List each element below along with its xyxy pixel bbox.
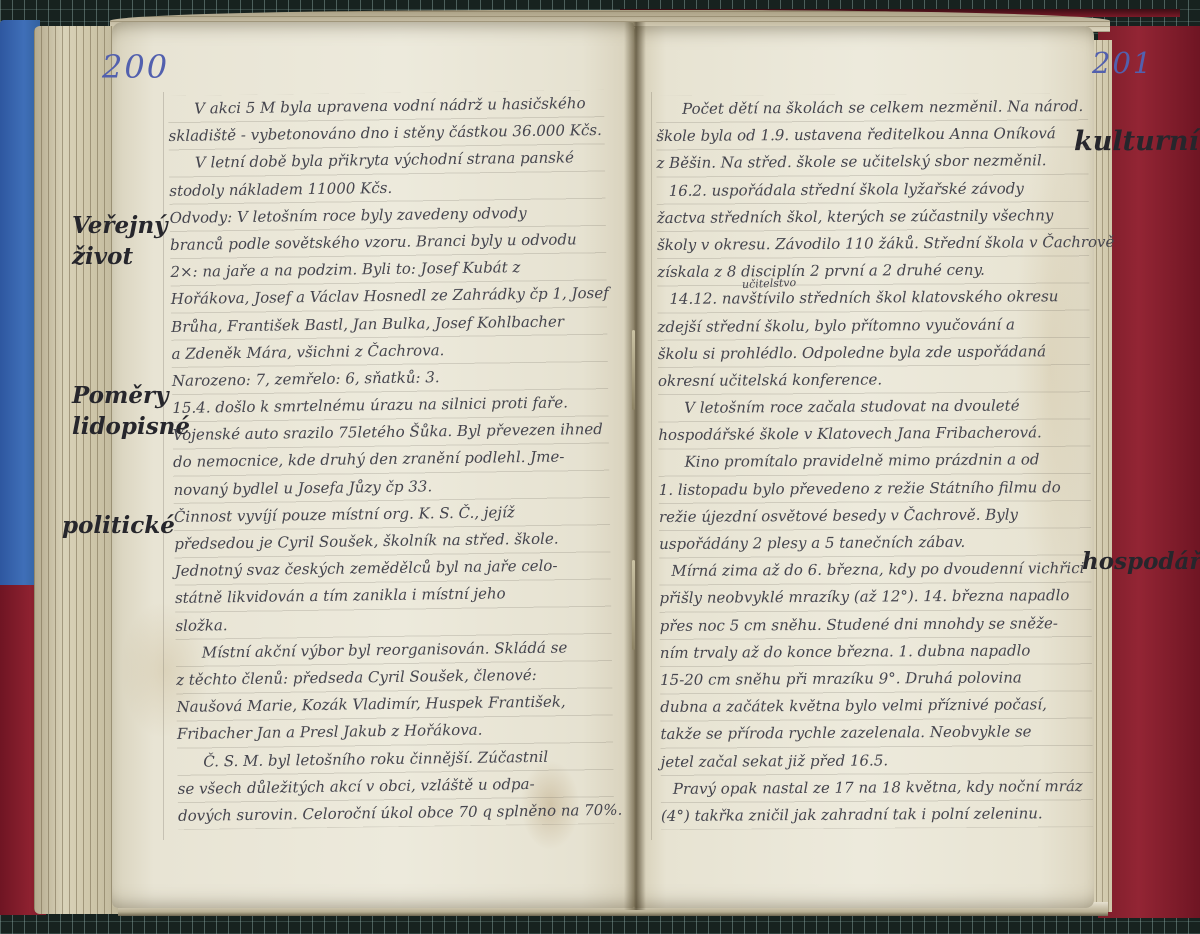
book-cover-red-right-edge — [1098, 26, 1200, 918]
margin-note-verejny-zivot: Veřejný život — [72, 210, 168, 272]
text-line: Počet dětí na školách se celkem nezměnil… — [656, 93, 1088, 123]
text-line: dubna a začátek května bylo velmi přízni… — [660, 691, 1092, 721]
text-line: ním trvaly až do konce března. 1. dubna … — [660, 637, 1092, 667]
text-line: režie újezdní osvětové besedy v Čachrově… — [659, 501, 1091, 531]
margin-note-kulturni: kulturní — [1074, 126, 1199, 157]
margin-note-line: Veřejný — [72, 210, 168, 241]
text-line: 15-20 cm sněhu při mrazíku 9°. Druhá pol… — [660, 664, 1092, 694]
text-line: školu si prohlédlo. Odpoledne byla zde u… — [658, 338, 1090, 368]
text-line: 14.12. navštívilo středních škol klatovs… — [657, 283, 1089, 313]
photo-scene: 200 201 Veřejný život Poměry lidopisné p… — [0, 0, 1200, 934]
text-line: 1. listopadu bylo převedeno z režie Stát… — [659, 474, 1091, 504]
text-line: (4°) takřka zničil jak zahradní tak i po… — [661, 800, 1093, 830]
margin-note-line: život — [72, 241, 168, 272]
text-line: škole byla od 1.9. ustavena ředitelkou A… — [656, 120, 1088, 150]
margin-guide-line — [651, 92, 652, 840]
text-line: hospodářské škole v Klatovech Jana Friba… — [658, 419, 1090, 449]
text-line: jetel začal sekat již před 16.5. — [661, 745, 1093, 775]
text-line: získala z 8 disciplín 2 první a 2 druhé … — [657, 256, 1089, 286]
text-line: žactva středních škol, kterých se zúčast… — [657, 202, 1089, 232]
margin-note-politicke: politické — [62, 510, 175, 541]
page-number-left: 200 — [102, 48, 169, 86]
text-line: 16.2. uspořádala střední škola lyžařské … — [657, 175, 1089, 205]
binding-thread — [632, 560, 635, 650]
margin-note-hospodar: hospodář. — [1082, 546, 1200, 577]
margin-guide-line — [163, 92, 164, 840]
text-line: V letošním roce začala studovat na dvoul… — [658, 392, 1090, 422]
left-page-text: V akci 5 M byla upravena vodní nádrž u h… — [168, 90, 614, 830]
text-line: okresní učitelská konference. — [658, 365, 1090, 395]
text-line: z Běšin. Na střed. škole se učitelský sb… — [656, 147, 1088, 177]
text-line: Pravý opak nastal ze 17 na 18 května, kd… — [661, 773, 1093, 803]
text-line: Mírná zima až do 6. března, kdy po dvoud… — [659, 555, 1091, 585]
book-gutter-shadow — [624, 22, 646, 910]
text-line: přes noc 5 cm sněhu. Studené dni mnohdy … — [660, 610, 1092, 640]
page-number-right: 201 — [1092, 46, 1153, 80]
right-page-text: Počet dětí na školách se celkem nezměnil… — [656, 93, 1093, 830]
page-stack-left-edges — [34, 26, 120, 914]
text-line: školy v okresu. Závodilo 110 žáků. Střed… — [657, 229, 1089, 259]
interlinear-insertion: učitelstvo — [742, 276, 797, 291]
binding-thread — [632, 330, 635, 410]
text-line: takže se příroda rychle zazelenala. Neob… — [660, 718, 1092, 748]
text-line: zdejší střední školu, bylo přítomno vyuč… — [658, 310, 1090, 340]
text-line: Kino promítalo pravidelně mimo prázdnin … — [658, 446, 1090, 476]
text-line: uspořádány 2 plesy a 5 tanečních zábav. — [659, 528, 1091, 558]
text-line: přišly neobvyklé mrazíky (až 12°). 14. b… — [659, 582, 1091, 612]
